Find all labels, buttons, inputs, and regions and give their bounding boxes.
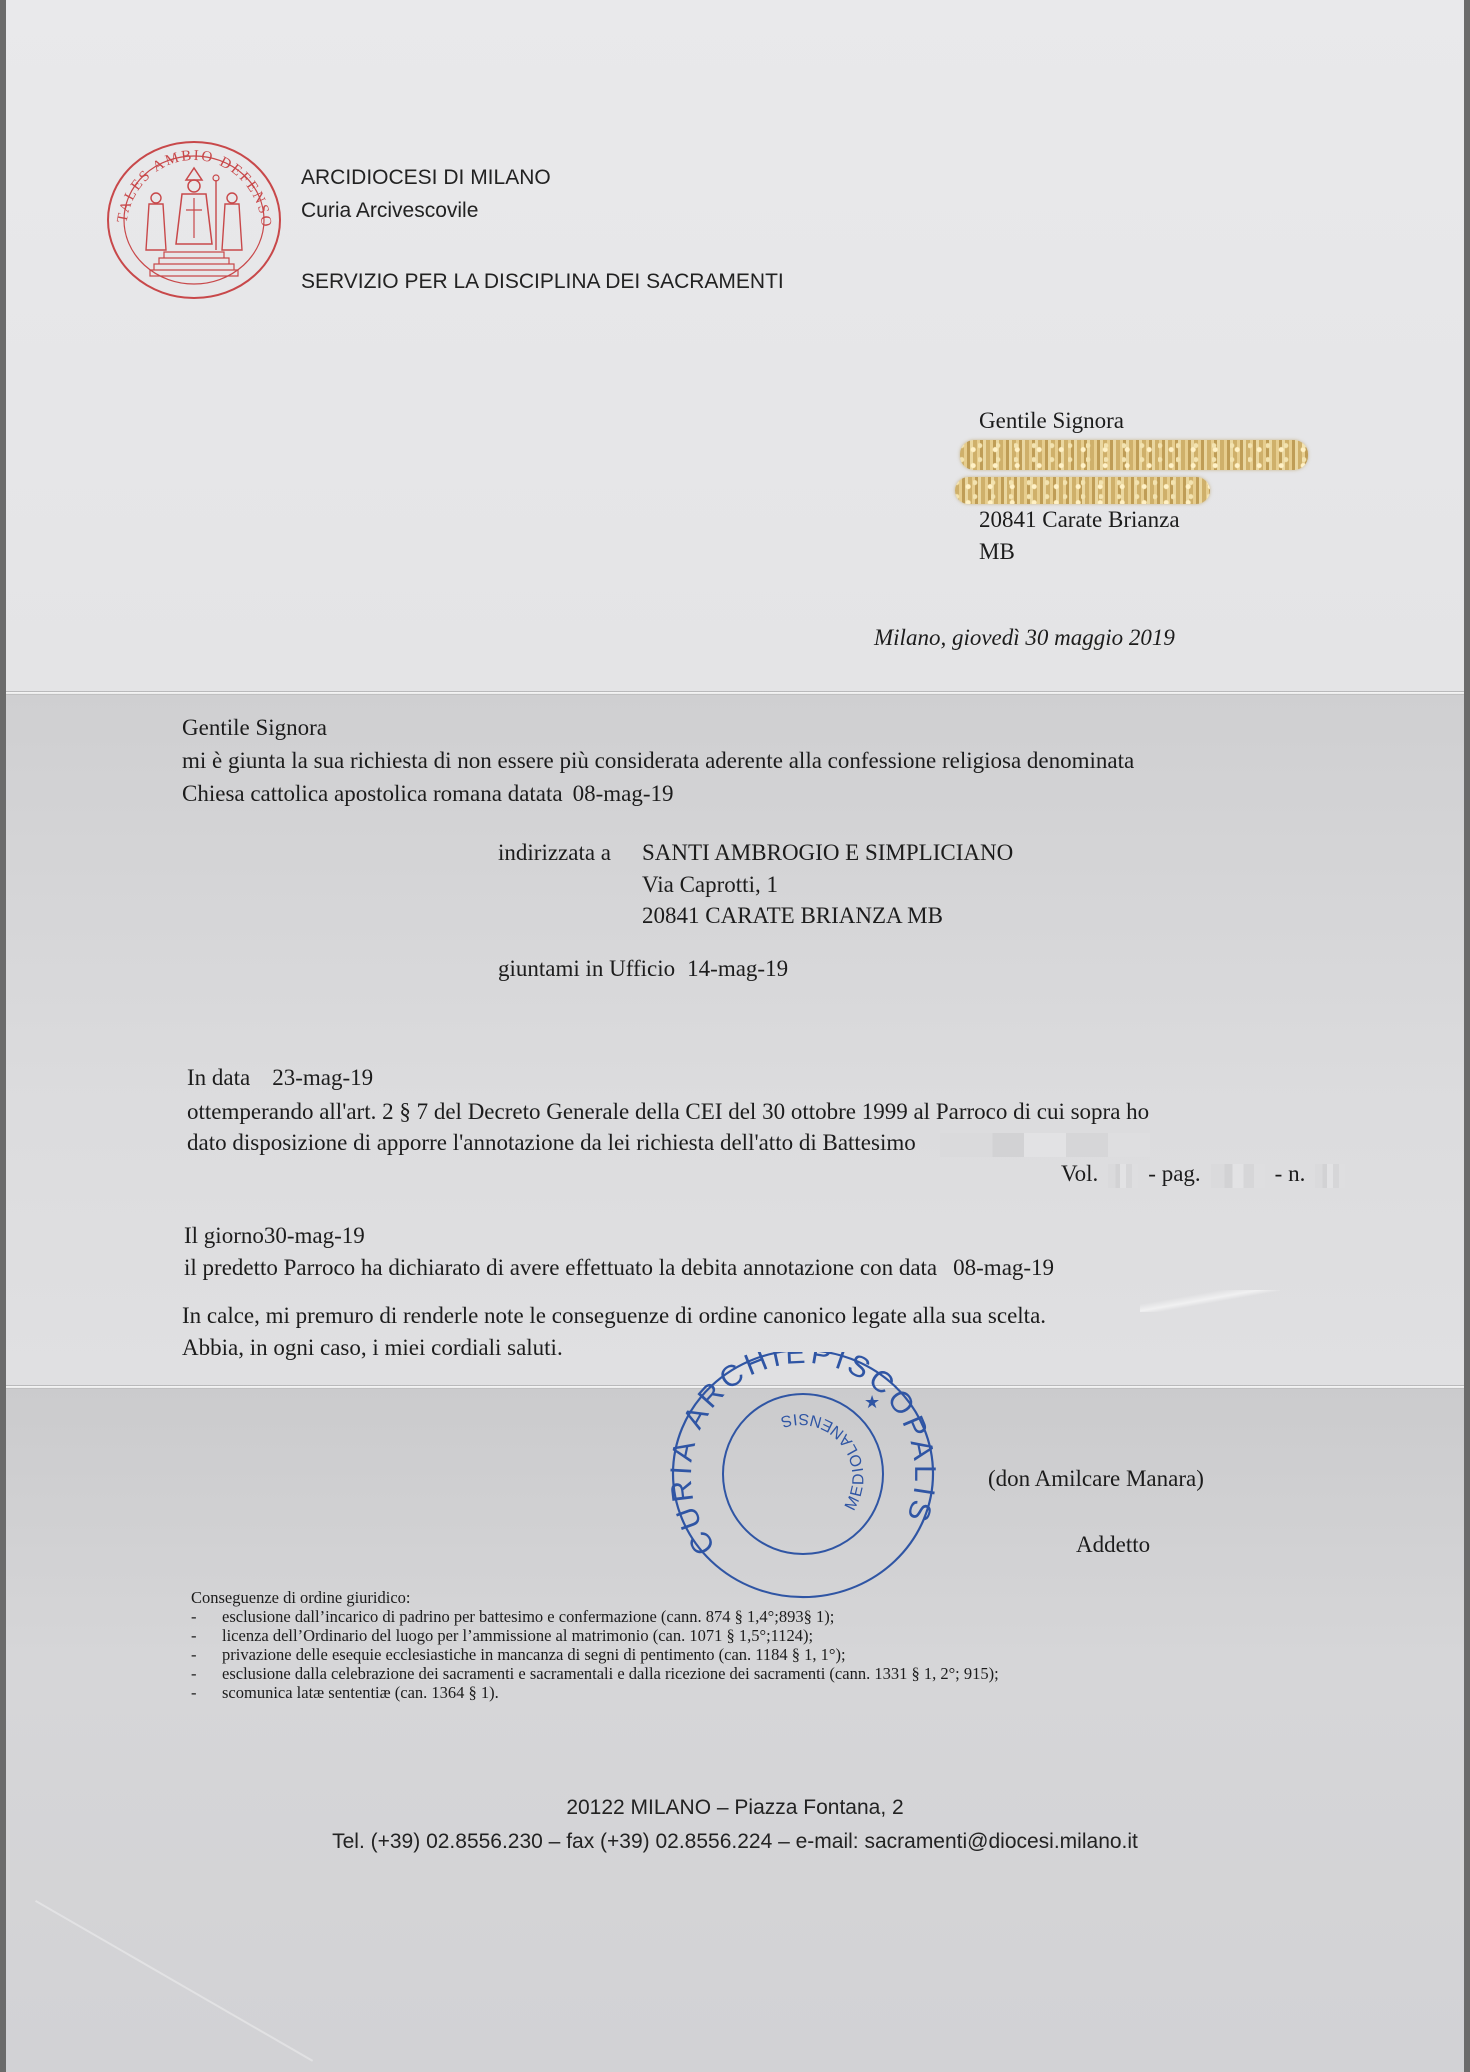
footer-address: 20122 MILANO – Piazza Fontana, 2 (0, 1796, 1470, 1820)
annotation-date: 08-mag-19 (953, 1255, 1054, 1280)
signatory-role: Addetto (1076, 1532, 1150, 1558)
signatory-name: (don Amilcare Manara) (988, 1466, 1204, 1492)
consequence-item: -licenza dell’Ordinario del luogo per l’… (191, 1626, 999, 1645)
annotation-line: il predetto Parroco ha dichiarato di ave… (184, 1255, 1054, 1281)
recipient-province: MB (979, 539, 1015, 565)
addressed-label: indirizzata a (498, 840, 611, 866)
svg-text:CURIA ARCHIEPISCOPALIS: CURIA ARCHIEPISCOPALIS (668, 1352, 938, 1561)
parish-street: Via Caprotti, 1 (642, 872, 778, 898)
body-paragraph-line: mi è giunta la sua richiesta di non esse… (182, 748, 1134, 774)
consequence-item: -scomunica latæ sententiæ (can. 1364 § 1… (191, 1683, 999, 1702)
giorno-label: Il giorno (184, 1223, 264, 1248)
pixelated-redaction (1108, 1164, 1138, 1188)
footer-contacts: Tel. (+39) 02.8556.230 – fax (+39) 02.85… (0, 1830, 1470, 1854)
embossed-mark (1140, 1290, 1280, 1312)
decree-line: ottemperando all'art. 2 § 7 del Decreto … (187, 1099, 1149, 1125)
decree-text: dato disposizione di apporre l'annotazio… (187, 1130, 916, 1155)
diocese-seal-icon: TALES AMBIO DEFENSORES (104, 140, 284, 300)
consequences-list: -esclusione dall’incarico di padrino per… (191, 1607, 999, 1702)
letter-paper (6, 0, 1464, 2072)
giorno-date: 30-mag-19 (264, 1223, 365, 1248)
pixelated-redaction (1315, 1164, 1345, 1188)
received-label: giuntami in Ufficio (498, 956, 675, 981)
org-name: ARCIDIOCESI DI MILANO (301, 166, 551, 190)
closing-paragraph: In calce, mi premuro di renderle note le… (182, 1303, 1046, 1329)
register-reference: Vol.- pag.- n. (1061, 1161, 1345, 1188)
department-name: SERVIZIO PER LA DISCIPLINA DEI SACRAMENT… (301, 270, 784, 294)
received-line: giuntami in Ufficio14-mag-19 (498, 956, 788, 982)
svg-text:★: ★ (864, 1392, 880, 1413)
received-date: 14-mag-19 (687, 956, 788, 981)
recipient-salutation: Gentile Signora (979, 408, 1124, 434)
svg-text:TALES AMBIO DEFENSORES: TALES AMBIO DEFENSORES (104, 140, 274, 230)
parish-name: SANTI AMBROGIO E SIMPLICIANO (642, 840, 1013, 866)
closing-salutation: Abbia, in ogni caso, i miei cordiali sal… (182, 1335, 563, 1361)
in-data-line: In data23-mag-19 (187, 1065, 373, 1091)
annotation-text: il predetto Parroco ha dichiarato di ave… (184, 1255, 937, 1280)
pixelated-redaction (940, 1133, 1150, 1157)
decree-line: dato disposizione di apporre l'annotazio… (187, 1130, 1150, 1157)
org-subtitle: Curia Arcivescovile (301, 199, 478, 223)
consequence-item: -esclusione dall’incarico di padrino per… (191, 1607, 999, 1626)
request-date: 08-mag-19 (573, 781, 674, 806)
recipient-city: 20841 Carate Brianza (979, 507, 1180, 533)
in-data-label: In data (187, 1065, 250, 1090)
consequence-item: -esclusione dalla celebrazione dei sacra… (191, 1664, 999, 1683)
body-text: Chiesa cattolica apostolica romana datat… (182, 781, 563, 806)
vol-label: Vol. (1061, 1161, 1098, 1186)
parish-city: 20841 CARATE BRIANZA MB (642, 903, 943, 929)
redaction-mark (955, 477, 1210, 504)
giorno-line: Il giorno30-mag-19 (184, 1223, 365, 1249)
n-label: - n. (1275, 1161, 1306, 1186)
consequences-section: Conseguenze di ordine giuridico: -esclus… (191, 1588, 999, 1702)
body-paragraph-line: Chiesa cattolica apostolica romana datat… (182, 781, 674, 807)
consequences-title: Conseguenze di ordine giuridico: (191, 1588, 999, 1607)
consequence-item: -privazione delle esequie ecclesiastiche… (191, 1645, 999, 1664)
paper-top-panel (6, 0, 1464, 693)
pixelated-redaction (1211, 1164, 1265, 1188)
in-data-date: 23-mag-19 (272, 1065, 373, 1090)
letter-date: Milano, giovedì 30 maggio 2019 (874, 625, 1175, 651)
curia-stamp-icon: CURIA ARCHIEPISCOPALIS ★ MEDIOLANENSIS (668, 1352, 938, 1602)
pag-label: - pag. (1148, 1161, 1200, 1186)
body-greeting: Gentile Signora (182, 715, 327, 741)
fold-crease (6, 691, 1464, 695)
redaction-mark (960, 440, 1308, 470)
